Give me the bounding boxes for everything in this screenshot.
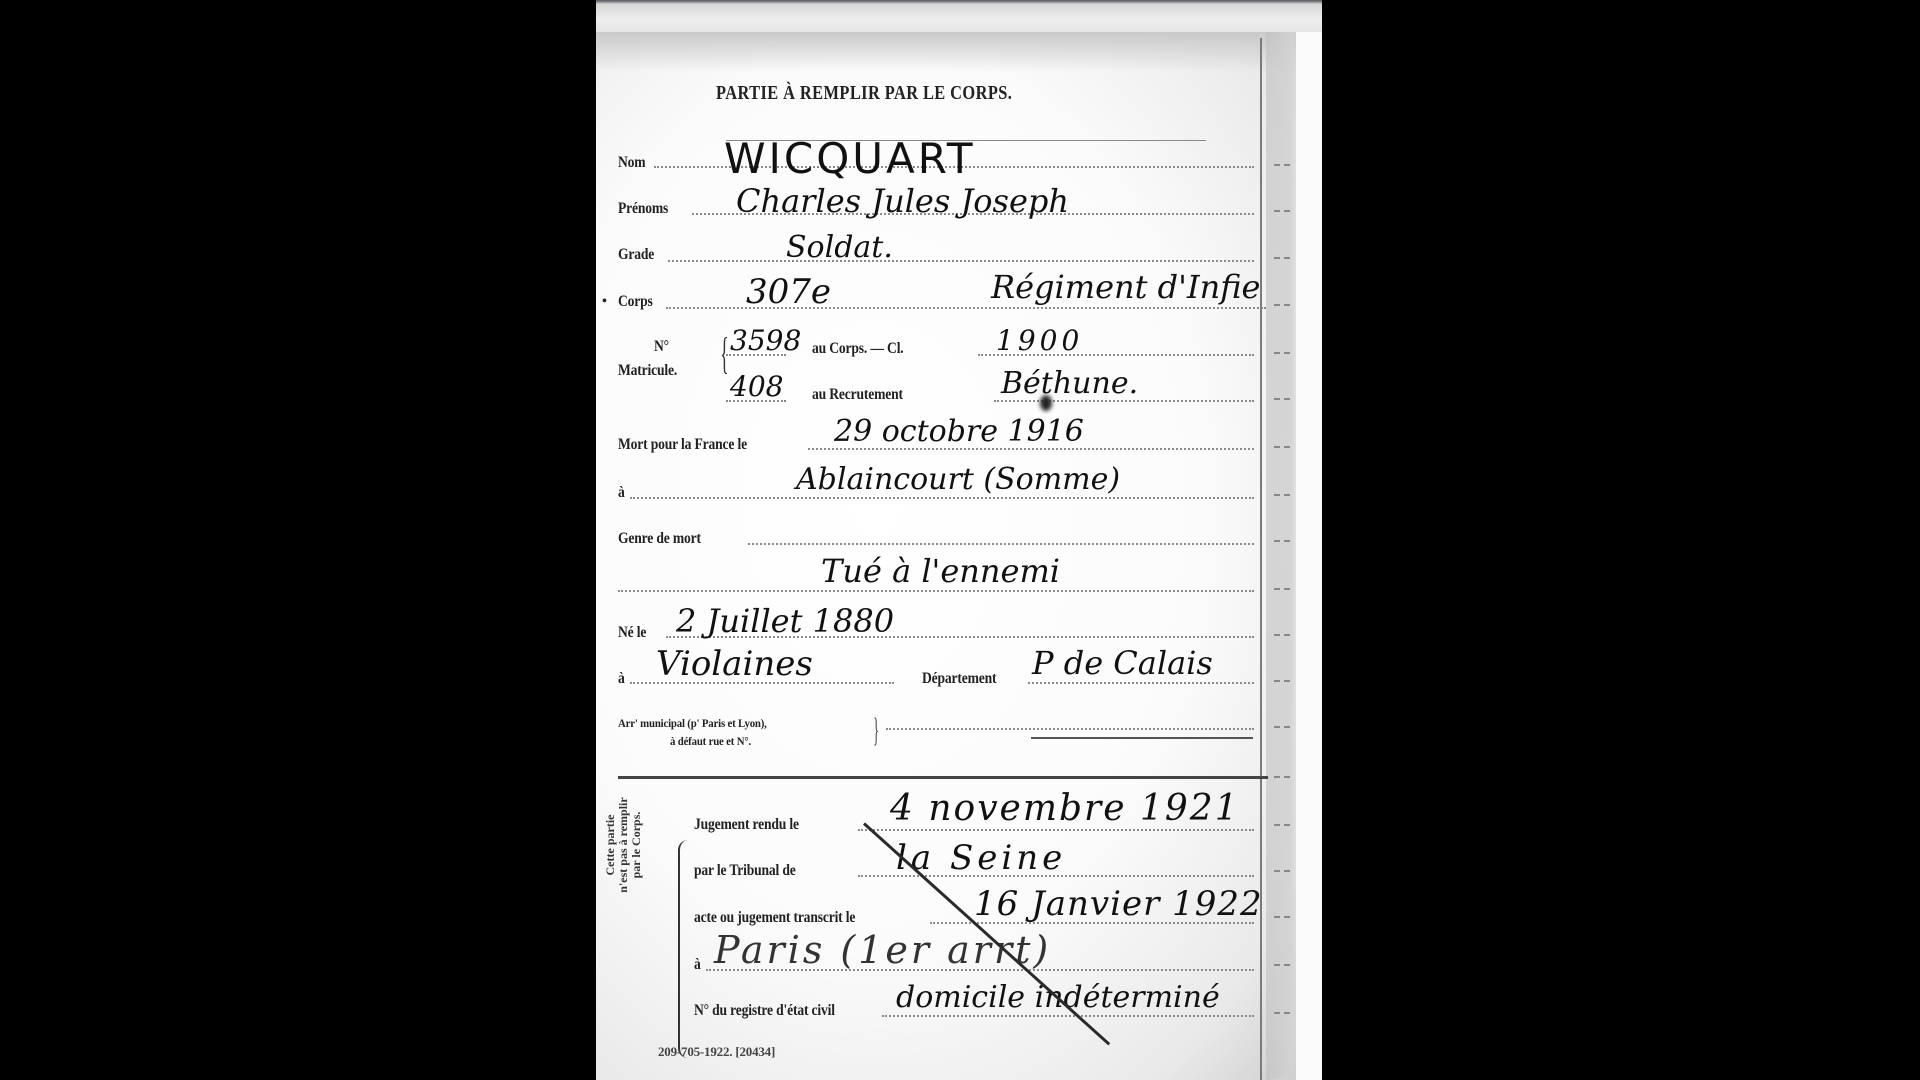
classe-value: 1900 (996, 324, 1083, 357)
ne-label: Né le (618, 624, 646, 642)
transcrit-a-label: à (694, 956, 701, 974)
margin-tick (1274, 824, 1290, 826)
genre-line (748, 543, 1254, 545)
grade-value: Soldat. (786, 230, 893, 265)
margin-tick (1274, 446, 1290, 448)
arr-line (886, 728, 1254, 730)
mort-lieu: Ablaincourt (Somme) (796, 462, 1120, 497)
tribunal-label: par le Tribunal de (694, 862, 796, 880)
margin-tick (1274, 494, 1290, 496)
margin-tick (1274, 257, 1290, 259)
margin-tick (1274, 634, 1290, 636)
departement-value: P de Calais (1032, 644, 1213, 682)
bullet: • (602, 294, 607, 310)
matricule-recrutement-value: 408 (730, 370, 783, 403)
paper-right-edge (1266, 32, 1296, 1080)
footer-code: 209-705-1922. [20434] (658, 1044, 775, 1060)
margin-tick (1274, 870, 1290, 872)
ne-lieu: Violaines (656, 644, 813, 684)
transcrit-lieu: Paris (1er arrt) (714, 928, 1051, 972)
section-separator (618, 776, 1268, 779)
au-recrutement-label: au Recrutement (812, 386, 903, 404)
arr-label-line-1: Arr' municipal (p' Paris et Lyon), (618, 716, 767, 731)
form-title: PARTIE À REMPLIR PAR LE CORPS. (716, 82, 1012, 105)
tribunal-value: la Seine (896, 838, 1066, 878)
margin-tick (1274, 1012, 1290, 1014)
arr-brace: } (873, 712, 879, 750)
margin-tick (1274, 680, 1290, 682)
mort-lieu-line (630, 497, 1254, 499)
ne-date: 2 Juillet 1880 (676, 602, 894, 640)
jugement-label: Jugement rendu le (694, 816, 799, 834)
side-note: Cette partie n'est pas à remplir par le … (604, 770, 643, 920)
margin-tick (1274, 210, 1290, 212)
margin-tick (1274, 304, 1290, 306)
genre-label: Genre de mort (618, 530, 701, 548)
mort-a-label: à (618, 484, 625, 502)
margin-tick (1274, 916, 1290, 918)
margin-tick (1274, 352, 1290, 354)
margin-tick (1274, 964, 1290, 966)
au-corps-label: au Corps. — Cl. (812, 340, 904, 358)
margin-tick (1274, 164, 1290, 166)
departement-label: Département (922, 670, 996, 688)
grade-label: Grade (618, 246, 654, 264)
prenoms-value: Charles Jules Joseph (736, 182, 1069, 220)
viewer-top-bar (596, 0, 1322, 32)
departement-line (1028, 682, 1254, 684)
side-note-line-3: par le Corps. (630, 770, 643, 920)
matricule-corps-value: 3598 (730, 324, 801, 357)
transcrit-value: 16 Janvier 1922 (974, 884, 1263, 924)
prenoms-label: Prénoms (618, 200, 668, 218)
grade-line (668, 260, 1254, 262)
mort-label: Mort pour la France le (618, 436, 747, 454)
margin-tick (1274, 776, 1290, 778)
section-brace (678, 840, 692, 1058)
margin-tick (1274, 398, 1290, 400)
arr-label-line-2: à défaut rue et N°. (670, 734, 751, 749)
registre-label: N° du registre d'état civil (694, 1002, 835, 1020)
margin-tick (1274, 726, 1290, 728)
matricule-no-label: N° (654, 338, 669, 356)
corps-unit: Régiment d'Infie (991, 268, 1260, 306)
arr-dash (1031, 737, 1253, 739)
death-record-card: PARTIE À REMPLIR PAR LE CORPS. Nom WICQU… (596, 32, 1296, 1080)
ne-a-label: à (618, 670, 625, 688)
nom-label: Nom (618, 154, 645, 172)
jugement-line (858, 829, 1254, 831)
recrutement-value: Béthune. (1001, 366, 1138, 401)
margin-tick (1274, 540, 1290, 542)
jugement-value: 4 novembre 1921 (890, 788, 1240, 829)
genre-line-2 (618, 590, 1254, 592)
genre-value: Tué à l'ennemi (821, 552, 1060, 590)
mort-date: 29 octobre 1916 (834, 414, 1084, 449)
corps-number: 307e (746, 272, 831, 312)
matricule-label: Matricule. (618, 362, 677, 380)
corps-label: Corps (618, 293, 653, 311)
nom-value: WICQUART (724, 134, 976, 183)
document-viewer-panel: PARTIE À REMPLIR PAR LE CORPS. Nom WICQU… (596, 0, 1322, 1080)
registre-line (882, 1015, 1254, 1017)
margin-tick (1274, 588, 1290, 590)
ink-smudge (1040, 395, 1052, 411)
transcrit-label: acte ou jugement transcrit le (694, 909, 855, 927)
